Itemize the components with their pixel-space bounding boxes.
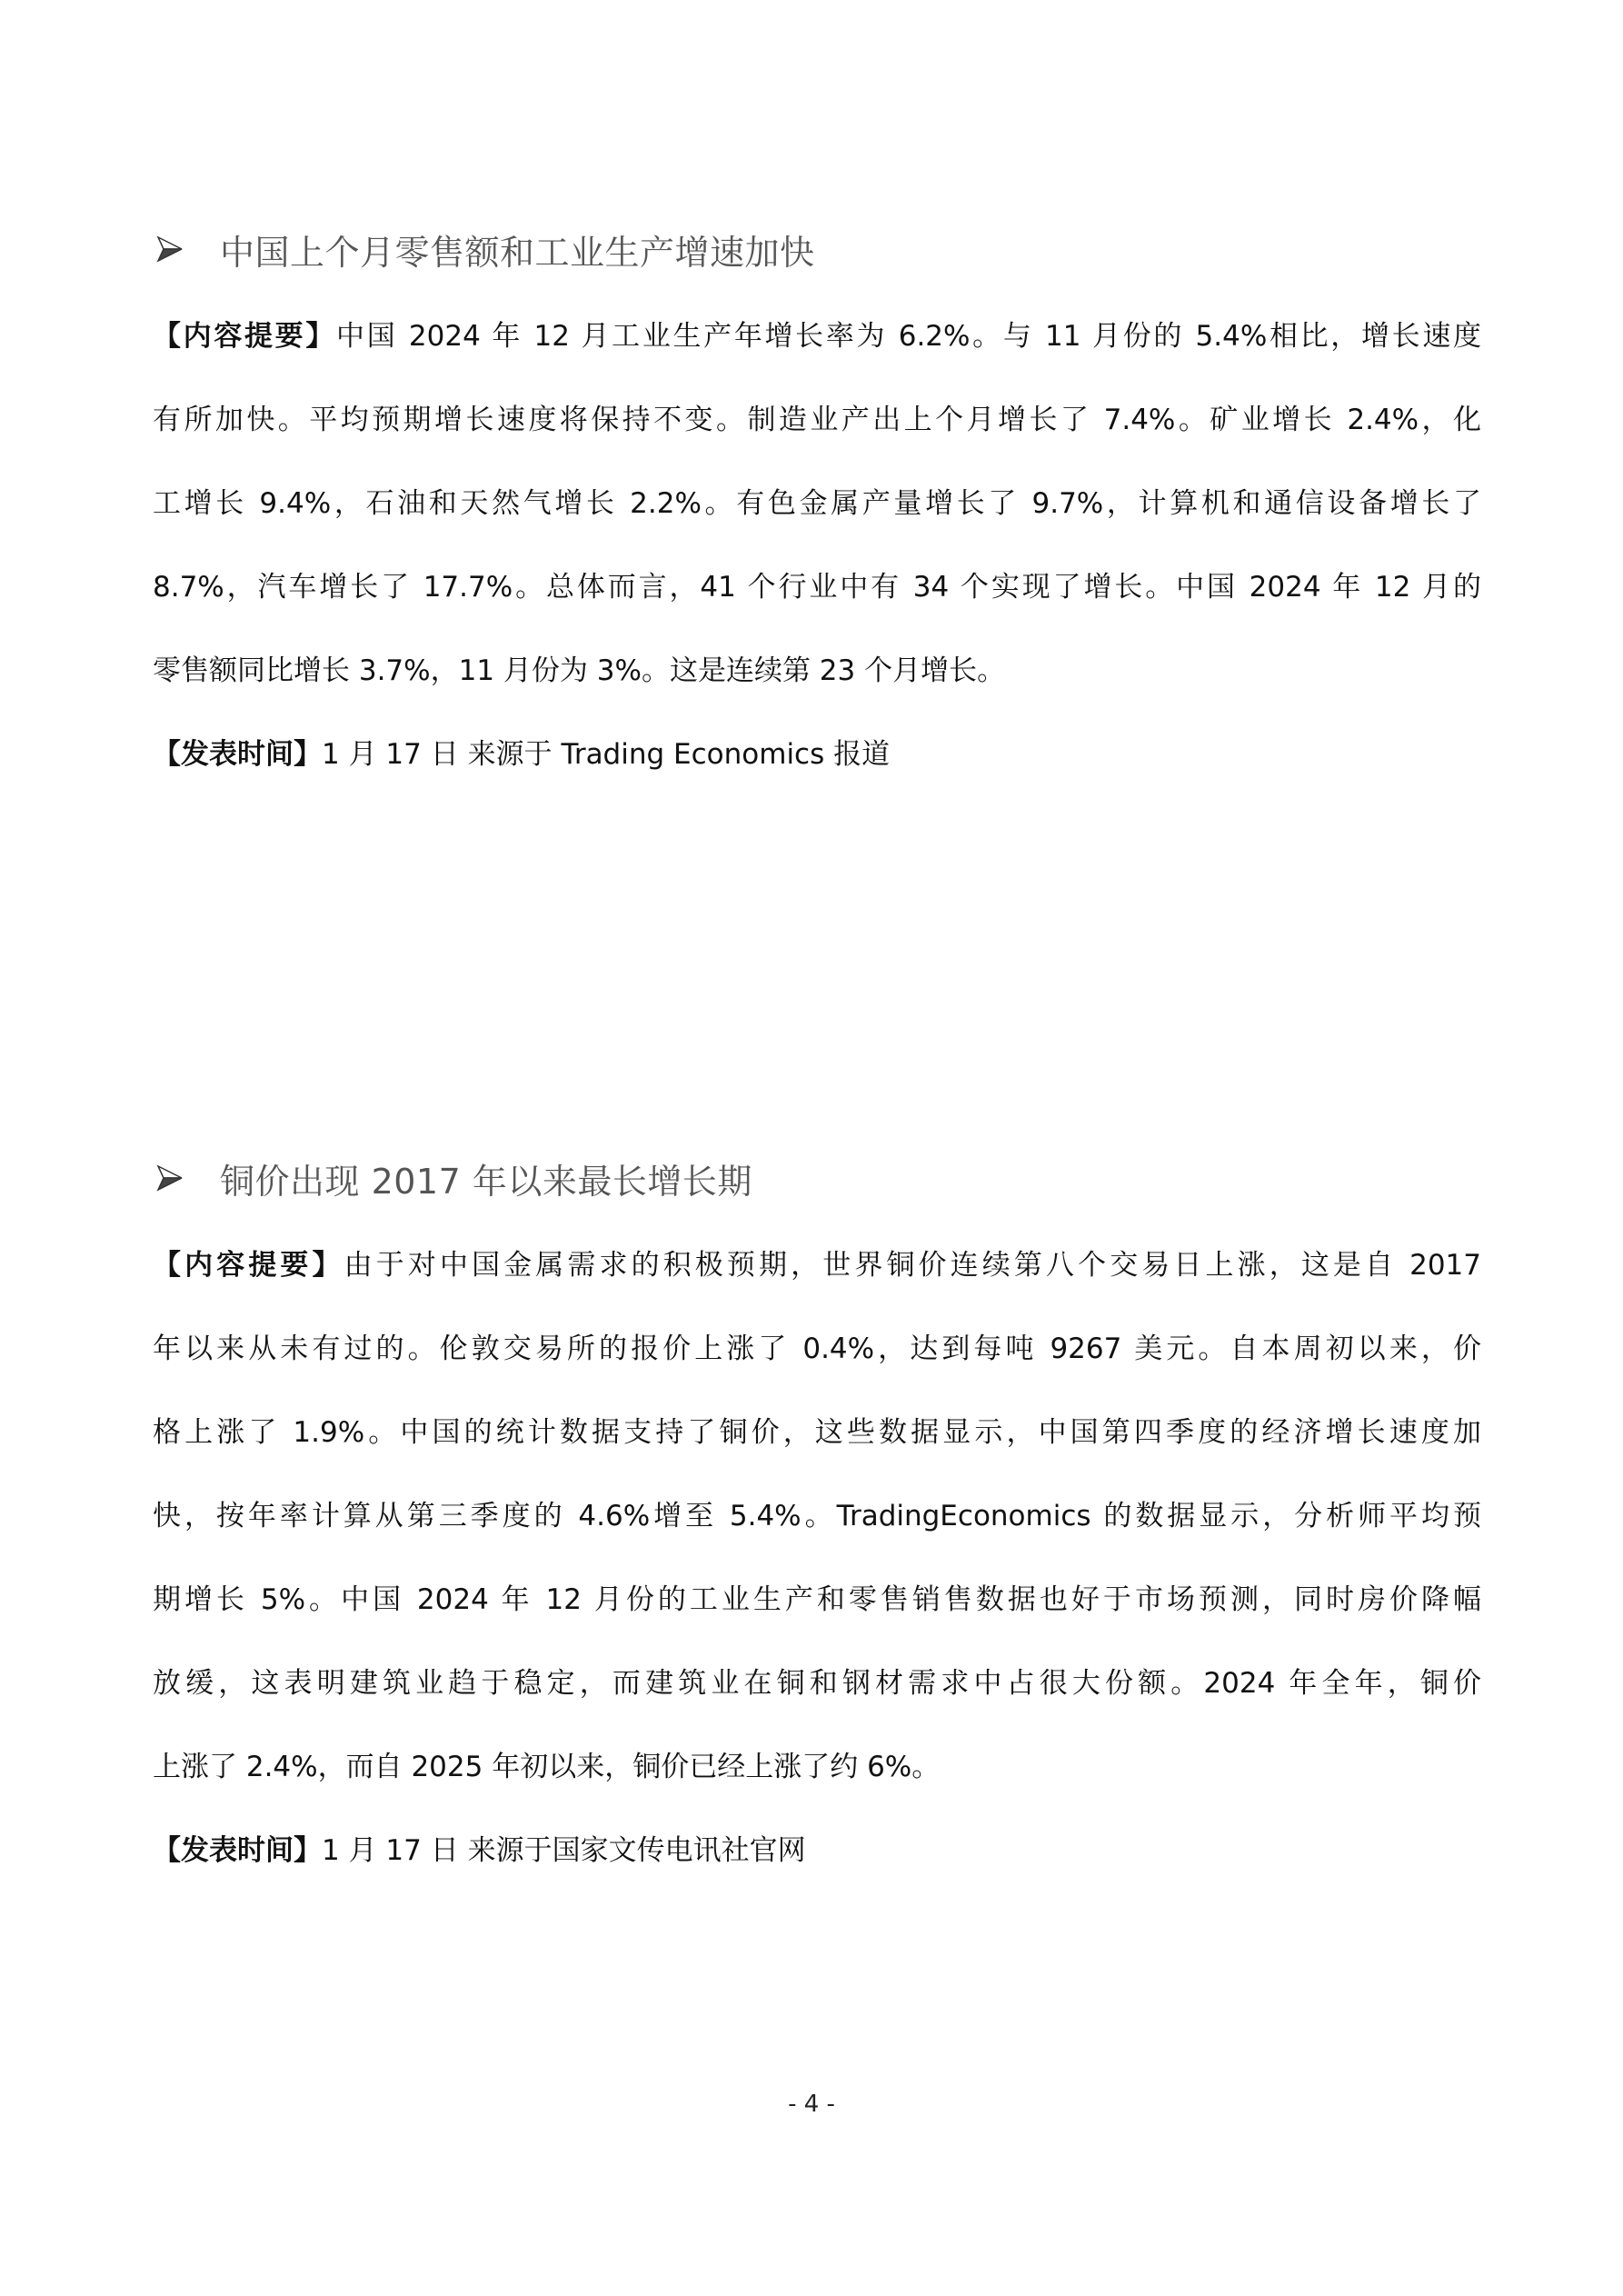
summary-line: 格上涨了 1.9%。中国的统计数据支持了铜价，这些数据显示，中国第四季度的经济增…: [153, 1391, 1481, 1474]
article-2: 铜价出现 2017 年以来最长增长期 【内容提要】由于对中国金属需求的积极预期，…: [153, 1151, 1481, 1892]
published-label: 【发表时间】: [153, 738, 322, 771]
summary-label: 【内容提要】: [153, 320, 336, 353]
published-text: 1 月 17 日 来源于国家文传电讯社官网: [322, 1834, 806, 1867]
article-heading: 中国上个月零售额和工业生产增速加快: [153, 222, 1481, 276]
published-text: 1 月 17 日 来源于 Trading Economics 报道: [322, 738, 890, 771]
summary-line: 上涨了 2.4%，而自 2025 年初以来，铜价已经上涨了约 6%。: [153, 1725, 1481, 1809]
arrow-bullet-icon: [156, 1164, 184, 1192]
article-summary: 【内容提要】中国 2024 年 12 月工业生产年增长率为 6.2%。与 11 …: [153, 294, 1481, 713]
summary-line: 放缓，这表明建筑业趋于稳定，而建筑业在铜和钢材需求中占很大份额。2024 年全年…: [153, 1642, 1481, 1725]
summary-line: 8.7%，汽车增长了 17.7%。总体而言，41 个行业中有 34 个实现了增长…: [153, 545, 1481, 629]
published-label: 【发表时间】: [153, 1834, 322, 1867]
summary-label: 【内容提要】: [153, 1249, 344, 1282]
published-info: 【发表时间】1 月 17 日 来源于国家文传电讯社官网: [153, 1809, 1481, 1892]
summary-line: 有所加快。平均预期增长速度将保持不变。制造业产出上个月增长了 7.4%。矿业增长…: [153, 378, 1481, 462]
summary-line: 【内容提要】由于对中国金属需求的积极预期，世界铜价连续第八个交易日上涨，这是自 …: [153, 1223, 1481, 1307]
summary-line: 期增长 5%。中国 2024 年 12 月份的工业生产和零售销售数据也好于市场预…: [153, 1558, 1481, 1642]
article-1: 中国上个月零售额和工业生产增速加快 【内容提要】中国 2024 年 12 月工业…: [153, 222, 1481, 796]
heading-text: 铜价出现 2017 年以来最长增长期: [220, 1153, 752, 1203]
document-page: 中国上个月零售额和工业生产增速加快 【内容提要】中国 2024 年 12 月工业…: [0, 0, 1623, 2296]
arrow-bullet-icon: [156, 235, 184, 263]
summary-line: 年以来从未有过的。伦敦交易所的报价上涨了 0.4%，达到每吨 9267 美元。自…: [153, 1307, 1481, 1391]
published-info: 【发表时间】1 月 17 日 来源于 Trading Economics 报道: [153, 713, 1481, 796]
page-number: - 4 -: [0, 2091, 1623, 2118]
summary-line: 【内容提要】中国 2024 年 12 月工业生产年增长率为 6.2%。与 11 …: [153, 294, 1481, 378]
summary-line: 快，按年率计算从第三季度的 4.6%增至 5.4%。TradingEconomi…: [153, 1474, 1481, 1558]
article-summary: 【内容提要】由于对中国金属需求的积极预期，世界铜价连续第八个交易日上涨，这是自 …: [153, 1223, 1481, 1809]
heading-text: 中国上个月零售额和工业生产增速加快: [220, 225, 815, 275]
summary-line: 工增长 9.4%，石油和天然气增长 2.2%。有色金属产量增长了 9.7%，计算…: [153, 462, 1481, 545]
summary-line: 零售额同比增长 3.7%，11 月份为 3%。这是连续第 23 个月增长。: [153, 629, 1481, 713]
article-heading: 铜价出现 2017 年以来最长增长期: [153, 1151, 1481, 1205]
